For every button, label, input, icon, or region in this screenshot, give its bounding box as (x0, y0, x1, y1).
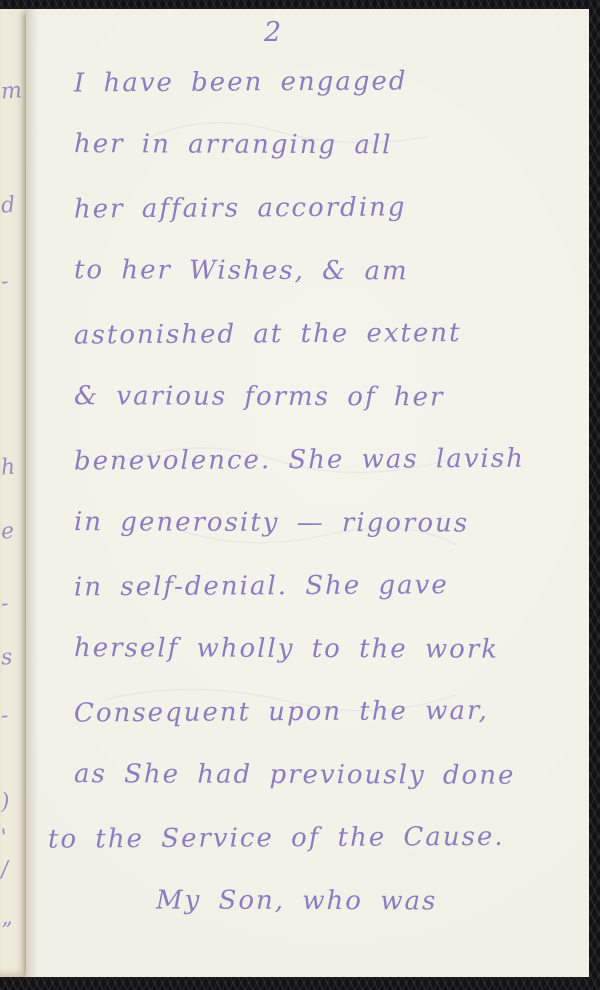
margin-fragment: s (0, 646, 21, 669)
handwriting-line: benevolence. She was lavish (38, 427, 583, 493)
handwriting-line: I have been engaged (38, 49, 583, 115)
margin-fragment: - (0, 704, 21, 727)
margin-fragment: ) (0, 790, 21, 813)
page-number: 2 (264, 17, 281, 48)
handwriting-line: in generosity — rigorous (38, 491, 583, 556)
margin-fragment: h (0, 456, 21, 479)
handwriting-line: herself wholly to the work (38, 617, 583, 682)
margin-fragment: d (0, 194, 21, 217)
handwriting-line: to the Service of the Cause. (38, 805, 583, 871)
handwriting-line: her in arranging all (38, 113, 583, 178)
margin-fragment: ' (0, 826, 21, 849)
handwriting-line: her affairs according (38, 175, 583, 241)
handwriting-line: My Son, who was (38, 869, 583, 934)
handwriting-line: in self-denial. She gave (38, 553, 583, 619)
handwriting-line: astonished at the extent (38, 301, 583, 367)
margin-fragment: e (0, 520, 21, 543)
margin-fragment: / (0, 858, 21, 881)
margin-fragment: - (0, 270, 21, 293)
handwriting-line: & various forms of her (38, 365, 583, 430)
margin-fragment: „ (0, 906, 21, 929)
handwriting-line: to her Wishes, & am (38, 239, 583, 304)
handwriting-line: Consequent upon the war, (38, 679, 583, 745)
margin-fragment: m (0, 80, 21, 103)
manuscript-page: 2 I have been engagedher in arranging al… (26, 9, 589, 977)
handwriting-line: as She had previously done (38, 743, 583, 808)
margin-fragment: - (0, 592, 21, 615)
handwriting-lines: I have been engagedher in arranging allh… (38, 51, 583, 933)
